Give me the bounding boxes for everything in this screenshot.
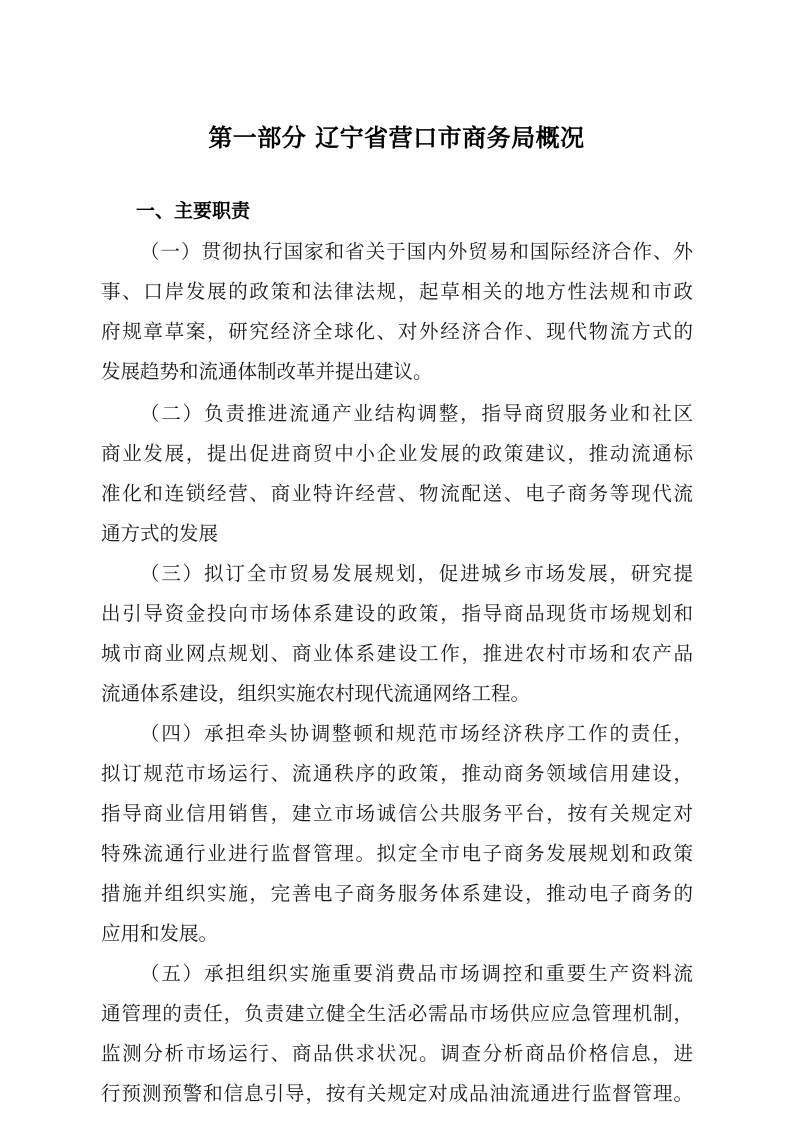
paragraph-line: （四）承担牵头协调整顿和规范市场经济秩序工作的责任， (101, 718, 693, 746)
paragraph-line: 特殊流通行业进行监督管理。拟定全市电子商务发展规划和政策 (101, 838, 693, 866)
paragraph-line: 通管理的责任，负责建立健全生活必需品市场供应应急管理机制， (101, 998, 693, 1026)
paragraph-line: 出引导资金投向市场体系建设的政策，指导商品现货市场规划和 (101, 598, 693, 626)
paragraph-line: （三）拟订全市贸易发展规划，促进城乡市场发展，研究提 (101, 558, 693, 586)
paragraph-line: 措施并组织实施，完善电子商务服务体系建设，推动电子商务的 (101, 878, 693, 906)
paragraph-line: （二）负责推进流通产业结构调整，指导商贸服务业和社区 (101, 398, 693, 426)
paragraph-line: 商业发展，提出促进商贸中小企业发展的政策建议，推动流通标 (101, 438, 693, 466)
section-heading: 一、主要职责 (136, 196, 250, 223)
paragraph-line: （五）承担组织实施重要消费品市场调控和重要生产资料流 (101, 958, 693, 986)
paragraph-line: 事、口岸发展的政策和法律法规，起草相关的地方性法规和市政 (101, 276, 693, 304)
page-title: 第一部分 辽宁省营口市商务局概况 (0, 118, 793, 153)
paragraph-line: 指导商业信用销售，建立市场诚信公共服务平台，按有关规定对 (101, 798, 693, 826)
paragraph-line: （一）贯彻执行国家和省关于国内外贸易和国际经济合作、外 (101, 236, 693, 264)
paragraph-line: 流通体系建设，组织实施农村现代流通网络工程。 (101, 678, 693, 706)
paragraph-line: 准化和连锁经营、商业特许经营、物流配送、电子商务等现代流 (101, 478, 693, 506)
paragraph-line: 城市商业网点规划、商业体系建设工作，推进农村市场和农产品 (101, 638, 693, 666)
paragraph-line: 发展趋势和流通体制改革并提出建议。 (101, 356, 693, 384)
paragraph-line: 通方式的发展 (101, 518, 693, 546)
paragraph-line: 应用和发展。 (101, 918, 693, 946)
paragraph-line: 行预测预警和信息引导，按有关规定对成品油流通进行监督管理。 (101, 1078, 693, 1106)
paragraph-line: 府规章草案，研究经济全球化、对外经济合作、现代物流方式的 (101, 316, 693, 344)
paragraph-line: 拟订规范市场运行、流通秩序的政策，推动商务领域信用建设， (101, 758, 693, 786)
paragraph-line: 监测分析市场运行、商品供求状况。调查分析商品价格信息，进 (101, 1038, 693, 1066)
